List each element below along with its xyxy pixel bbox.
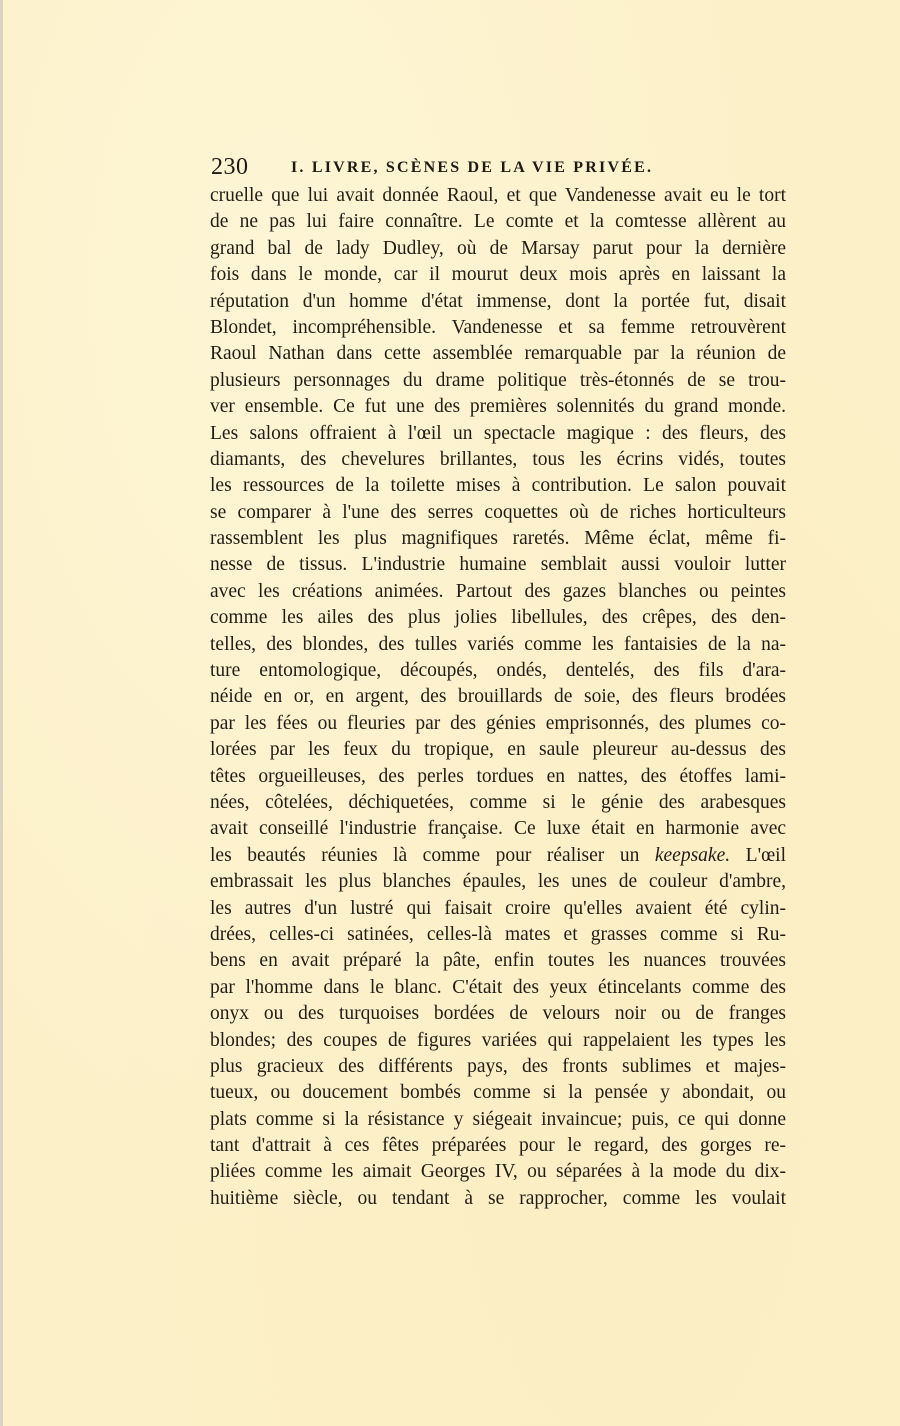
text-line: plats comme si la résistance y siégeait … xyxy=(210,1107,786,1133)
text-line: drées, celles-ci satinées, celles-là mat… xyxy=(210,922,786,948)
text-line: plus gracieux des différents pays, des f… xyxy=(210,1054,786,1080)
text-line: néide en or, en argent, des brouillards … xyxy=(210,684,786,710)
text-line: avait conseillé l'industrie française. C… xyxy=(210,816,786,842)
body-text: cruelle que lui avait donnée Raoul, et q… xyxy=(210,183,786,1212)
text-line: plusieurs personnages du drame politique… xyxy=(210,368,786,394)
running-head: I. LIVRE, SCÈNES DE LA VIE PRIVÉE. xyxy=(291,155,653,181)
italic-word: keepsake. xyxy=(655,845,730,866)
text-line: huitième siècle, ou tendant à se rapproc… xyxy=(210,1186,786,1212)
text-line: réputation d'un homme d'état immense, do… xyxy=(210,289,786,315)
text-line: comme les ailes des plus jolies libellul… xyxy=(210,605,786,631)
text-line: pliées comme les aimait Georges IV, ou s… xyxy=(210,1159,786,1185)
scanned-book-page: 230 I. LIVRE, SCÈNES DE LA VIE PRIVÉE. c… xyxy=(0,0,900,1426)
text-line: les ressources de la toilette mises à co… xyxy=(210,473,786,499)
page-header: 230 I. LIVRE, SCÈNES DE LA VIE PRIVÉE. xyxy=(211,152,791,182)
text-line: par l'homme dans le blanc. C'était des y… xyxy=(210,975,786,1001)
text-line: rassemblent les plus magnifiques raretés… xyxy=(210,526,786,552)
text-line: fois dans le monde, car il mourut deux m… xyxy=(210,262,786,288)
text-line: se comparer à l'une des serres coquettes… xyxy=(210,500,786,526)
text-line: Les salons offraient à l'œil un spectacl… xyxy=(210,421,786,447)
text-line: onyx ou des turquoises bordées de velour… xyxy=(210,1001,786,1027)
text-line: de ne pas lui faire connaître. Le comte … xyxy=(210,209,786,235)
text-line: ver ensemble. Ce fut une des premières s… xyxy=(210,394,786,420)
text-line: lorées par les feux du tropique, en saul… xyxy=(210,737,786,763)
page-number: 230 xyxy=(211,152,249,182)
text-line: nesse de tissus. L'industrie humaine sem… xyxy=(210,552,786,578)
text-run: les beautés réunies là comme pour réalis… xyxy=(210,845,655,866)
text-line: les autres d'un lustré qui faisait croir… xyxy=(210,896,786,922)
text-line: Blondet, incompréhensible. Vandenesse et… xyxy=(210,315,786,341)
text-line: par les fées ou fleuries par des génies … xyxy=(210,711,786,737)
text-line-with-italic: les beautés réunies là comme pour réalis… xyxy=(210,843,786,869)
text-line: telles, des blondes, des tulles variés c… xyxy=(210,632,786,658)
text-line: tant d'attrait à ces fêtes préparées pou… xyxy=(210,1133,786,1159)
text-line: têtes orgueilleuses, des perles tordues … xyxy=(210,764,786,790)
text-line: ture entomologique, découpés, ondés, den… xyxy=(210,658,786,684)
text-line: embrassait les plus blanches épaules, le… xyxy=(210,869,786,895)
text-line: cruelle que lui avait donnée Raoul, et q… xyxy=(210,183,786,209)
text-line: bens en avait préparé la pâte, enfin tou… xyxy=(210,948,786,974)
text-line: Raoul Nathan dans cette assemblée remarq… xyxy=(210,341,786,367)
text-run: L'œil xyxy=(730,845,786,866)
text-line: grand bal de lady Dudley, où de Marsay p… xyxy=(210,236,786,262)
text-line: nées, côtelées, déchiquetées, comme si l… xyxy=(210,790,786,816)
text-line: tueux, ou doucement bombés comme si la p… xyxy=(210,1080,786,1106)
text-line: diamants, des chevelures brillantes, tou… xyxy=(210,447,786,473)
text-line: blondes; des coupes de figures variées q… xyxy=(210,1028,786,1054)
text-line: avec les créations animées. Partout des … xyxy=(210,579,786,605)
